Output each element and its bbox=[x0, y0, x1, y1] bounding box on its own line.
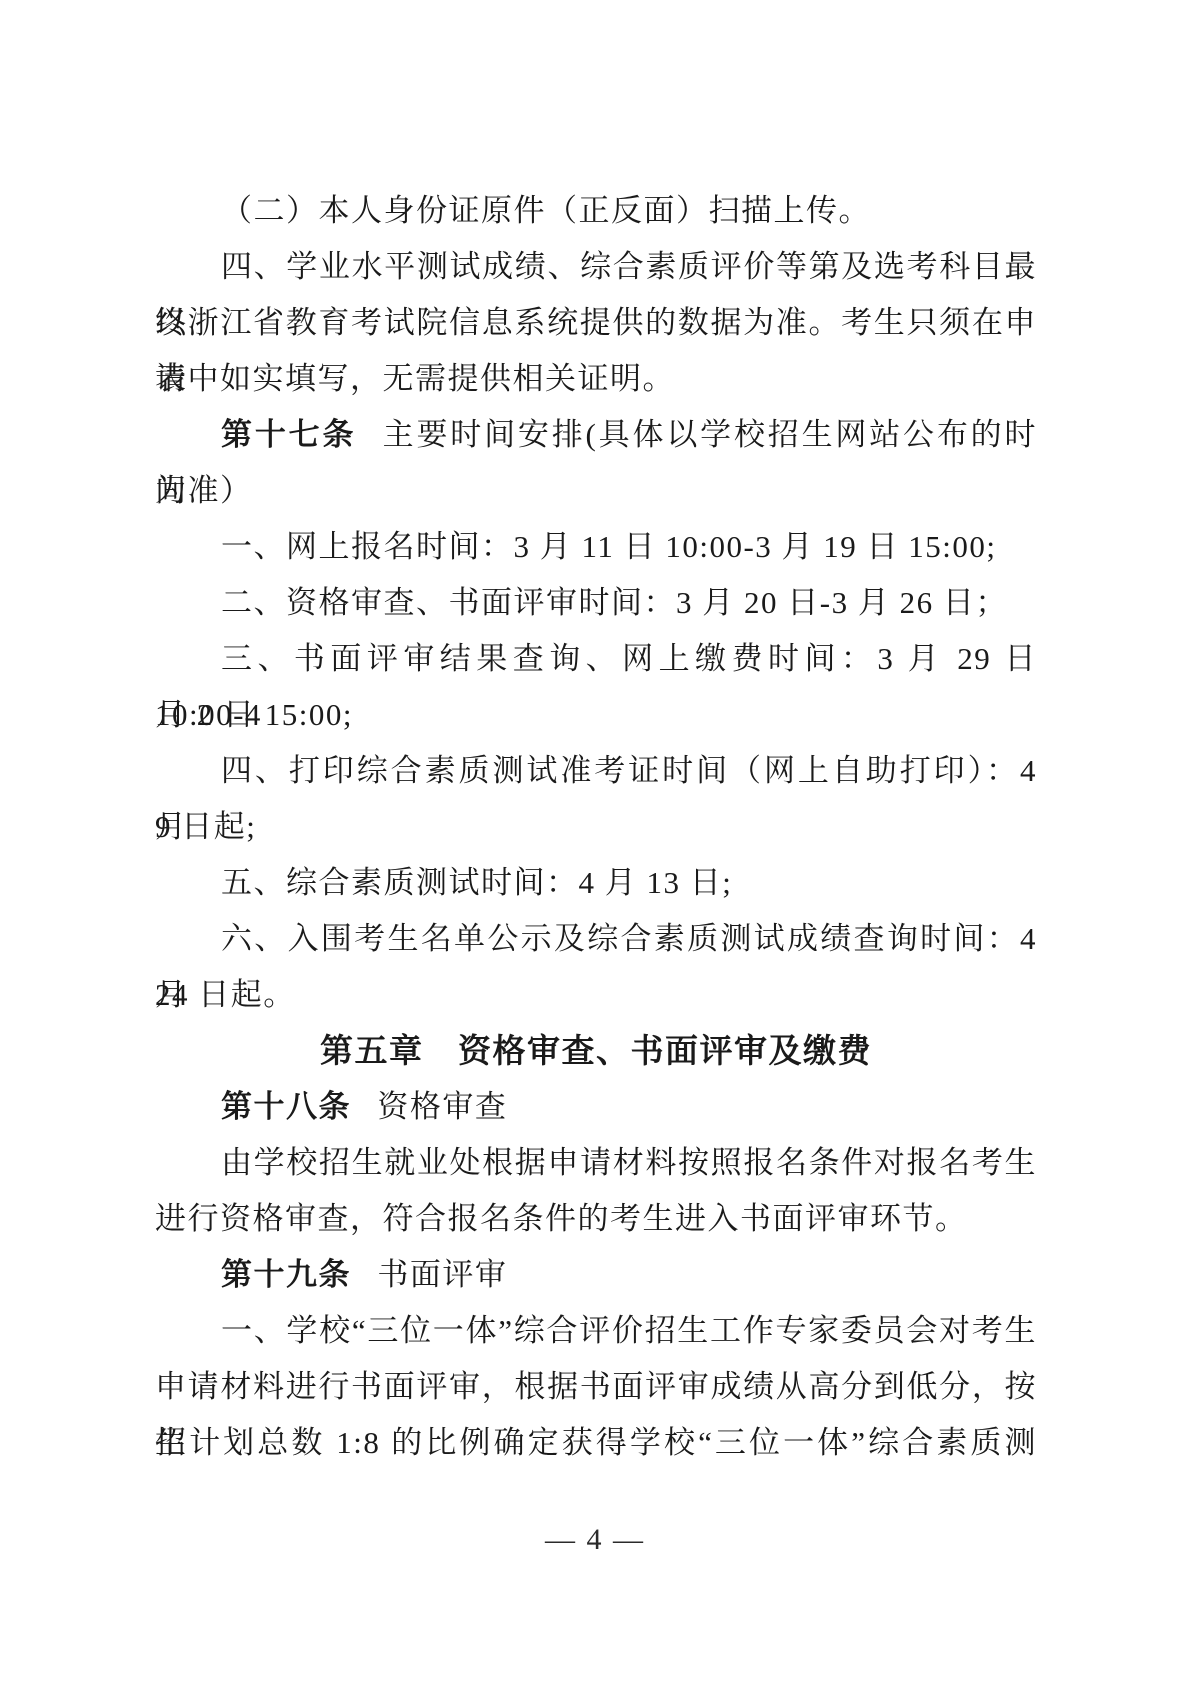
text-line-schedule-6: 六、入围考生名单公示及综合素质测试成绩查询时间：4 月 bbox=[155, 911, 1037, 967]
chapter-heading-text: 第五章 资格审查、书面评审及缴费 bbox=[320, 1032, 872, 1069]
text-line: 申请材料进行书面评审，根据书面评审成绩从高分到低分，按招 bbox=[155, 1359, 1037, 1415]
line-text: 进行资格审查，符合报名条件的考生进入书面评审环节。 bbox=[155, 1201, 968, 1236]
text-line: 四、学业水平测试成绩、综合素质评价等第及选考科目最终 bbox=[155, 239, 1037, 295]
article-number: 第十八条 bbox=[221, 1089, 351, 1124]
line-text: （二）本人身份证原件（正反面）扫描上传。 bbox=[221, 193, 871, 228]
text-line: 进行资格审查，符合报名条件的考生进入书面评审环节。 bbox=[155, 1191, 1037, 1247]
text-line: 月 2 日 15:00; bbox=[155, 687, 1037, 743]
line-text: 9 日起; bbox=[155, 809, 256, 844]
text-line-schedule-3: 三、书面评审结果查询、网上缴费时间：3 月 29 日 10:00-4 bbox=[155, 631, 1037, 687]
line-text: 一、网上报名时间：3 月 11 日 10:00-3 月 19 日 15:00; bbox=[221, 529, 997, 564]
line-text: 五、综合素质测试时间：4 月 13 日; bbox=[221, 865, 732, 900]
line-text: 24 日起。 bbox=[155, 977, 296, 1012]
line-text: 资格审查 bbox=[377, 1089, 507, 1124]
article-number: 第十七条 bbox=[221, 417, 356, 452]
line-text: 二、资格审查、书面评审时间：3 月 20 日-3 月 26 日； bbox=[221, 585, 1008, 620]
chapter-heading: 第五章 资格审查、书面评审及缴费 bbox=[155, 1023, 1037, 1079]
document-page: （二）本人身份证原件（正反面）扫描上传。 四、学业水平测试成绩、综合素质评价等第… bbox=[0, 0, 1190, 1684]
line-text: 表中如实填写，无需提供相关证明。 bbox=[155, 361, 675, 396]
text-line-schedule-2: 二、资格审查、书面评审时间：3 月 20 日-3 月 26 日； bbox=[155, 575, 1037, 631]
text-line-schedule-4: 四、打印综合素质测试准考证时间（网上自助打印）：4 月 bbox=[155, 743, 1037, 799]
text-line: 9 日起; bbox=[155, 799, 1037, 855]
text-line-article-18: 第十八条资格审查 bbox=[155, 1079, 1037, 1135]
text-line-schedule-5: 五、综合素质测试时间：4 月 13 日; bbox=[155, 855, 1037, 911]
page-number: — 4 — bbox=[0, 1520, 1190, 1560]
line-text: 书面评审 bbox=[377, 1257, 507, 1292]
text-line-article-19: 第十九条书面评审 bbox=[155, 1247, 1037, 1303]
text-line: 以浙江省教育考试院信息系统提供的数据为准。考生只须在申请 bbox=[155, 295, 1037, 351]
text-line: 为准） bbox=[155, 463, 1037, 519]
text-line: 24 日起。 bbox=[155, 967, 1037, 1023]
line-text: 生计划总数 1:8 的比例确定获得学校“三位一体”综合素质测 bbox=[155, 1425, 1037, 1460]
text-line: 由学校招生就业处根据申请材料按照报名条件对报名考生 bbox=[155, 1135, 1037, 1191]
text-line: 表中如实填写，无需提供相关证明。 bbox=[155, 351, 1037, 407]
line-text: 为准） bbox=[155, 473, 253, 508]
article-number: 第十九条 bbox=[221, 1257, 351, 1292]
text-line-article-17: 第十七条主要时间安排(具体以学校招生网站公布的时间 bbox=[155, 407, 1037, 463]
text-line: 生计划总数 1:8 的比例确定获得学校“三位一体”综合素质测 bbox=[155, 1415, 1037, 1471]
text-line: （二）本人身份证原件（正反面）扫描上传。 bbox=[155, 183, 1037, 239]
line-text: 由学校招生就业处根据申请材料按照报名条件对报名考生 bbox=[221, 1145, 1037, 1180]
text-line-schedule-1: 一、网上报名时间：3 月 11 日 10:00-3 月 19 日 15:00; bbox=[155, 519, 1037, 575]
document-body: （二）本人身份证原件（正反面）扫描上传。 四、学业水平测试成绩、综合素质评价等第… bbox=[155, 183, 1037, 1471]
text-line: 一、学校“三位一体”综合评价招生工作专家委员会对考生 bbox=[155, 1303, 1037, 1359]
line-text: 月 2 日 15:00; bbox=[155, 697, 353, 732]
line-text: 一、学校“三位一体”综合评价招生工作专家委员会对考生 bbox=[221, 1313, 1037, 1348]
